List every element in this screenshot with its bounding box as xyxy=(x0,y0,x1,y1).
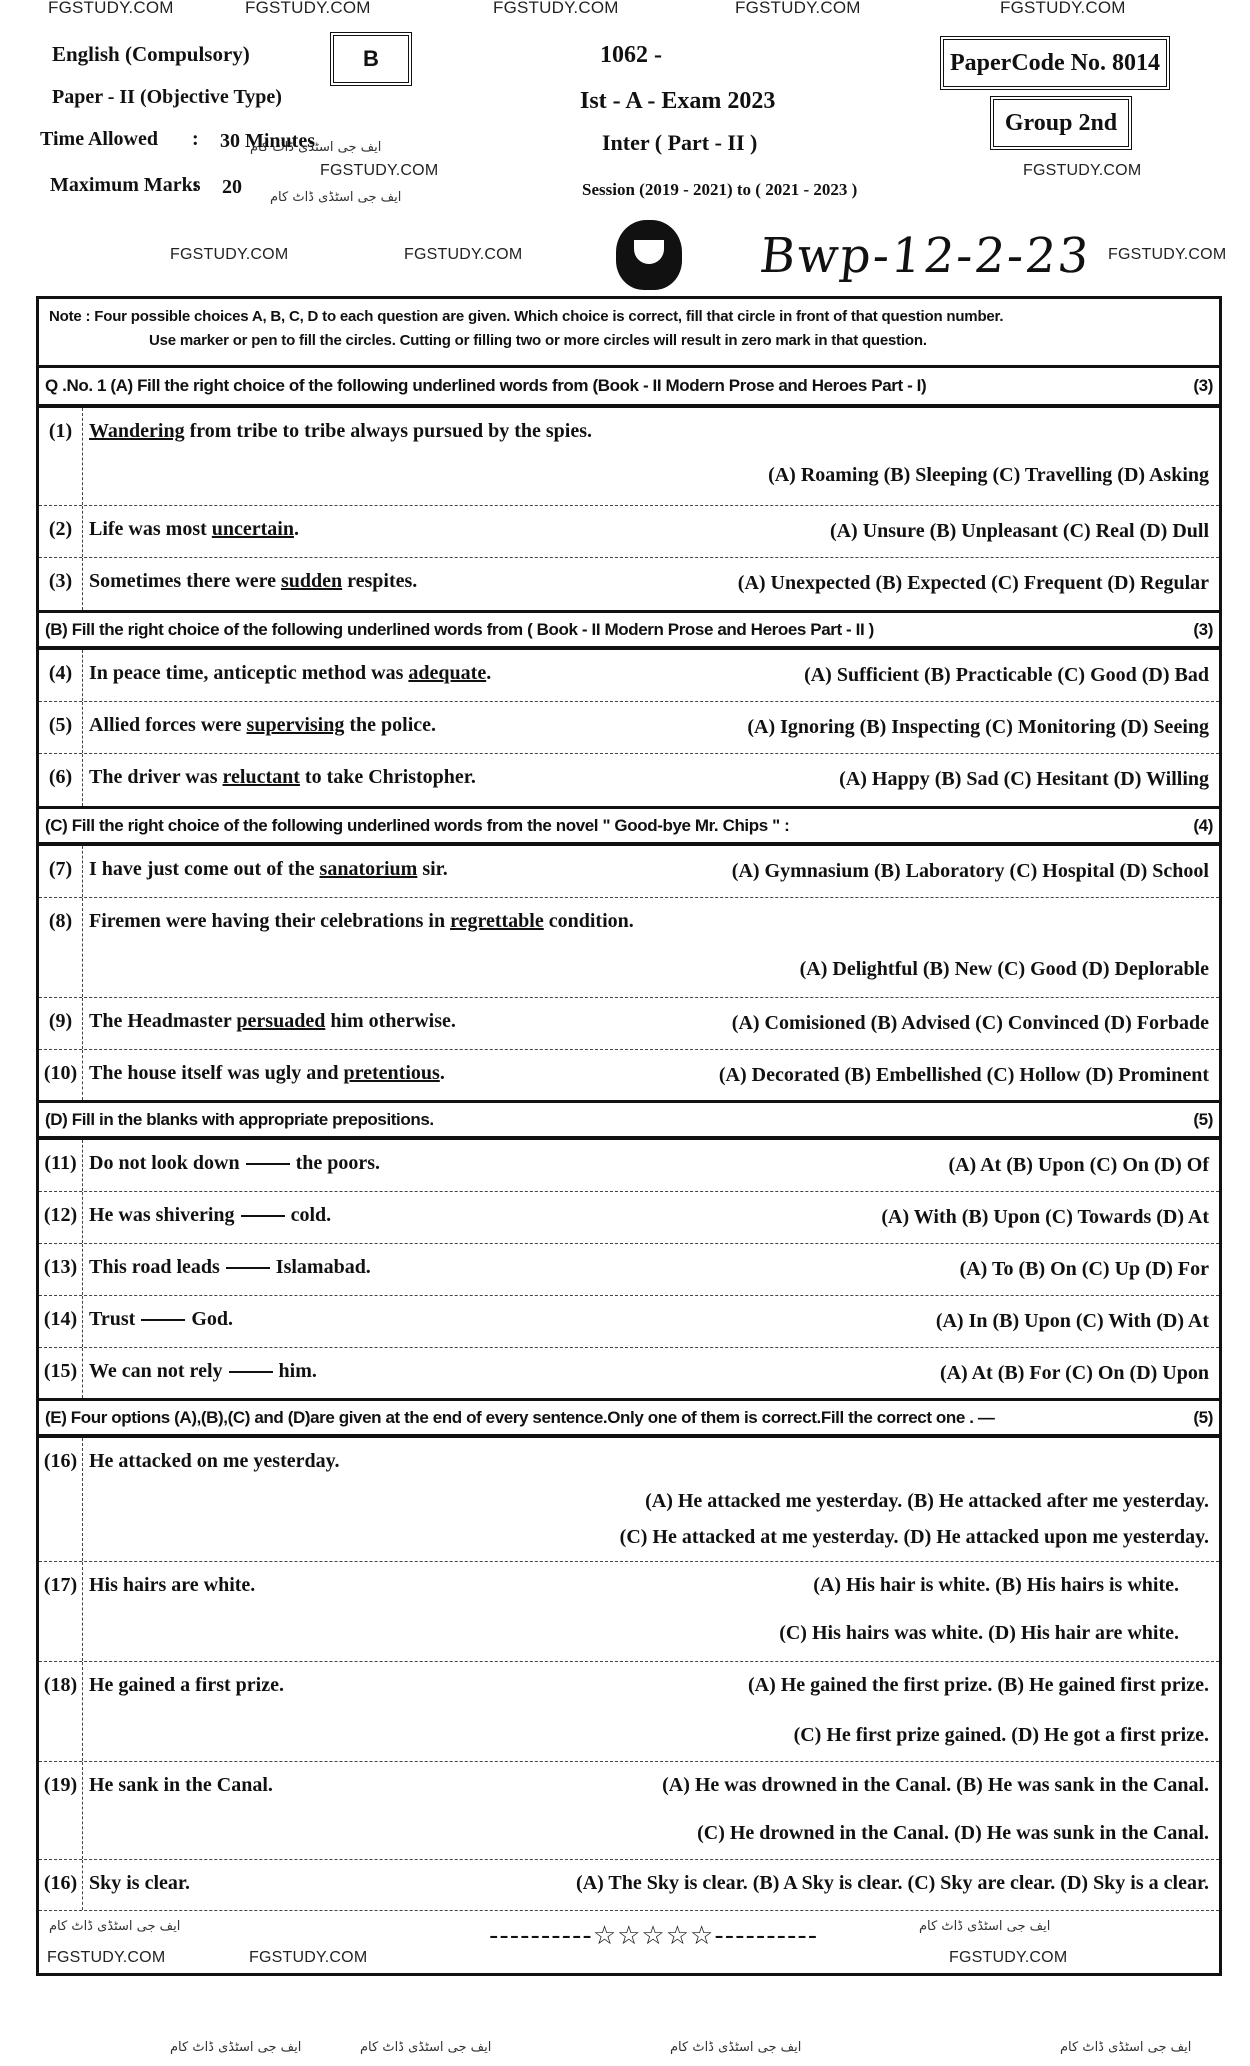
watermark: FGSTUDY.COM xyxy=(249,1949,367,1967)
question-number: (3) xyxy=(39,558,83,610)
blank-line xyxy=(141,1319,185,1321)
blank-line xyxy=(229,1371,273,1373)
question-number: (13) xyxy=(39,1244,83,1295)
watermark: FGSTUDY.COM xyxy=(47,1949,165,1967)
time-allowed-value: 30 Minutes xyxy=(220,130,315,153)
handwritten-note: Bwp-12-2-23 xyxy=(757,228,1093,284)
answer-options-row-2[interactable]: (C) His hairs was white. (D) His hair ar… xyxy=(779,1622,1179,1645)
urdu-watermark: ایف جی اسٹڈی ڈاٹ کام xyxy=(1060,2040,1191,2055)
watermark: FGSTUDY.COM xyxy=(320,162,438,180)
section-marks: (3) xyxy=(1193,620,1213,640)
question-stem: Firemen were having their celebrations i… xyxy=(89,910,634,933)
question-stem: The driver was reluctant to take Christo… xyxy=(89,766,476,789)
underlined-word: Wandering xyxy=(89,420,185,442)
instructions-note: Note : Four possible choices A, B, C, D … xyxy=(39,299,1219,368)
question-stem: TrustGod. xyxy=(89,1308,233,1331)
urdu-watermark: ایف جی اسٹڈی ڈاٹ کام xyxy=(670,2040,801,2055)
question-row[interactable]: (8) Firemen were having their celebratio… xyxy=(39,898,1219,998)
blank-line xyxy=(241,1215,285,1217)
question-row[interactable]: (2) Life was most uncertain. (A) Unsure … xyxy=(39,506,1219,558)
underlined-word: adequate xyxy=(408,662,486,684)
question-row[interactable]: (15) We can not relyhim. (A) At (B) For … xyxy=(39,1348,1219,1398)
subject-title: English (Compulsory) xyxy=(52,42,250,67)
answer-options[interactable]: (A) With (B) Upon (C) Towards (D) At xyxy=(881,1206,1209,1229)
question-row[interactable]: (14) TrustGod. (A) In (B) Upon (C) With … xyxy=(39,1296,1219,1348)
answer-options-row-2[interactable]: (C) He attacked at me yesterday. (D) He … xyxy=(620,1526,1209,1549)
question-row[interactable]: (1) Wandering from tribe to tribe always… xyxy=(39,408,1219,506)
question-number: (16) xyxy=(39,1438,83,1561)
question-stem: Sky is clear. xyxy=(89,1872,190,1895)
question-number: (10) xyxy=(39,1050,83,1100)
section-title: (E) Four options (A),(B),(C) and (D)are … xyxy=(45,1408,995,1428)
session: Session (2019 - 2021) to ( 2021 - 2023 ) xyxy=(582,180,857,200)
watermark: FGSTUDY.COM xyxy=(949,1949,1067,1967)
underlined-word: reluctant xyxy=(223,766,300,788)
level-title: Inter ( Part - II ) xyxy=(602,130,757,156)
answer-options[interactable]: (A) At (B) For (C) On (D) Upon xyxy=(940,1362,1209,1385)
urdu-watermark: ایف جی اسٹڈی ڈاٹ کام xyxy=(919,1919,1050,1934)
question-stem: The house itself was ugly and pretentiou… xyxy=(89,1062,445,1085)
sheet-footer: ----------☆☆☆☆☆---------- FGSTUDY.COM FG… xyxy=(39,1910,1219,1973)
colon: : xyxy=(192,174,199,197)
answer-options-row-1[interactable]: (A) He was drowned in the Canal. (B) He … xyxy=(662,1774,1209,1797)
question-stem: His hairs are white. xyxy=(89,1574,255,1597)
question-number: (16) xyxy=(39,1860,83,1910)
question-number: (5) xyxy=(39,702,83,753)
underlined-word: sudden xyxy=(281,570,342,592)
question-number: (12) xyxy=(39,1192,83,1243)
question-row[interactable]: (7) I have just come out of the sanatori… xyxy=(39,846,1219,898)
question-stem: Do not look downthe poors. xyxy=(89,1152,380,1175)
section-b-questions: (4) In peace time, anticeptic method was… xyxy=(39,650,1219,806)
watermark: FGSTUDY.COM xyxy=(48,0,174,18)
question-row[interactable]: (10) The house itself was ugly and prete… xyxy=(39,1050,1219,1100)
question-stem: Life was most uncertain. xyxy=(89,518,299,541)
max-marks-value: 20 xyxy=(222,176,242,199)
question-number: (19) xyxy=(39,1762,83,1859)
answer-options[interactable]: (A) In (B) Upon (C) With (D) At xyxy=(936,1310,1209,1333)
section-title: (D) Fill in the blanks with appropriate … xyxy=(45,1110,434,1130)
section-c-questions: (7) I have just come out of the sanatori… xyxy=(39,846,1219,1100)
section-heading-a: Q .No. 1 (A) Fill the right choice of th… xyxy=(39,368,1219,408)
group-box: Group 2nd xyxy=(990,96,1132,150)
question-row[interactable]: (5) Allied forces were supervising the p… xyxy=(39,702,1219,754)
question-stem: He was shiveringcold. xyxy=(89,1204,331,1227)
question-stem: Sometimes there were sudden respites. xyxy=(89,570,417,593)
answer-options[interactable]: (A) Unexpected (B) Expected (C) Frequent… xyxy=(738,572,1209,595)
section-heading-e: (E) Four options (A),(B),(C) and (D)are … xyxy=(39,1398,1219,1438)
question-row[interactable]: (11) Do not look downthe poors. (A) At (… xyxy=(39,1140,1219,1192)
section-e-questions: (16) He attacked on me yesterday. (A) He… xyxy=(39,1438,1219,1910)
question-row[interactable]: (13) This road leadsIslamabad. (A) To (B… xyxy=(39,1244,1219,1296)
question-row[interactable]: (9) The Headmaster persuaded him otherwi… xyxy=(39,998,1219,1050)
answer-options[interactable]: (A) Roaming (B) Sleeping (C) Travelling … xyxy=(768,464,1209,487)
star-separator-icon: ----------☆☆☆☆☆---------- xyxy=(489,1921,818,1951)
answer-options[interactable]: (A) At (B) Upon (C) On (D) Of xyxy=(948,1154,1209,1177)
section-title: (B) Fill the right choice of the followi… xyxy=(45,620,874,640)
question-number: (7) xyxy=(39,846,83,897)
answer-options[interactable]: (A) Unsure (B) Unpleasant (C) Real (D) D… xyxy=(830,520,1209,543)
question-stem: He sank in the Canal. xyxy=(89,1774,273,1797)
question-stem: The Headmaster persuaded him otherwise. xyxy=(89,1010,456,1033)
underlined-word: uncertain xyxy=(212,518,294,540)
paper-type: Paper - II (Objective Type) xyxy=(52,86,282,109)
section-heading-d: (D) Fill in the blanks with appropriate … xyxy=(39,1100,1219,1140)
paper-version-box: B xyxy=(330,32,412,86)
section-marks: (4) xyxy=(1193,816,1213,836)
section-heading-c: (C) Fill the right choice of the followi… xyxy=(39,806,1219,846)
question-row[interactable]: (4) In peace time, anticeptic method was… xyxy=(39,650,1219,702)
underlined-word: pretentious xyxy=(344,1062,440,1084)
question-number: (1) xyxy=(39,408,83,505)
watermark: FGSTUDY.COM xyxy=(1108,246,1226,264)
answer-options[interactable]: (A) To (B) On (C) Up (D) For xyxy=(960,1258,1209,1281)
question-stem: Allied forces were supervising the polic… xyxy=(89,714,436,737)
question-row[interactable]: (17) His hairs are white. (A) His hair i… xyxy=(39,1562,1219,1662)
section-marks: (3) xyxy=(1193,376,1213,396)
question-number: (9) xyxy=(39,998,83,1049)
urdu-watermark: ایف جی اسٹڈی ڈاٹ کام xyxy=(170,2040,301,2055)
watermark: FGSTUDY.COM xyxy=(735,0,861,18)
underlined-word: regrettable xyxy=(450,910,544,932)
question-row[interactable]: (3) Sometimes there were sudden respites… xyxy=(39,558,1219,610)
section-title: (C) Fill the right choice of the followi… xyxy=(45,816,789,836)
question-row[interactable]: (6) The driver was reluctant to take Chr… xyxy=(39,754,1219,806)
paper-number: 1062 - xyxy=(600,42,662,69)
question-number: (11) xyxy=(39,1140,83,1191)
answer-options-row-1[interactable]: (A) He attacked me yesterday. (B) He att… xyxy=(645,1490,1209,1513)
underlined-word: sanatorium xyxy=(320,858,418,880)
underlined-word: persuaded xyxy=(236,1010,325,1032)
question-number: (17) xyxy=(39,1562,83,1661)
answer-options[interactable]: (A) Comisioned (B) Advised (C) Convinced… xyxy=(732,1012,1209,1035)
watermark: FGSTUDY.COM xyxy=(404,246,522,264)
answer-options[interactable]: (A) Happy (B) Sad (C) Hesitant (D) Willi… xyxy=(839,768,1209,791)
question-stem: This road leadsIslamabad. xyxy=(89,1256,371,1279)
watermark: FGSTUDY.COM xyxy=(1023,162,1141,180)
answer-options[interactable]: (A) The Sky is clear. (B) A Sky is clear… xyxy=(576,1872,1209,1895)
question-number: (14) xyxy=(39,1296,83,1347)
watermark: FGSTUDY.COM xyxy=(1000,0,1126,18)
urdu-watermark: ایف جی اسٹڈی ڈاٹ کام xyxy=(49,1919,180,1934)
question-stem: I have just come out of the sanatorium s… xyxy=(89,858,448,881)
urdu-watermark: ایف جی اسٹڈی ڈاٹ کام xyxy=(360,2040,491,2055)
question-row[interactable]: (16) Sky is clear. (A) The Sky is clear.… xyxy=(39,1860,1219,1910)
board-logo-icon xyxy=(616,220,682,290)
section-marks: (5) xyxy=(1193,1110,1213,1130)
blank-line xyxy=(246,1163,290,1165)
answer-options-row-1[interactable]: (A) He gained the first prize. (B) He ga… xyxy=(748,1674,1209,1697)
question-number: (15) xyxy=(39,1348,83,1398)
time-allowed-label: Time Allowed xyxy=(40,128,158,151)
question-row[interactable]: (19) He sank in the Canal. (A) He was dr… xyxy=(39,1762,1219,1860)
question-number: (2) xyxy=(39,506,83,557)
blank-line xyxy=(226,1267,270,1269)
watermark: FGSTUDY.COM xyxy=(245,0,371,18)
answer-options-row-1[interactable]: (A) His hair is white. (B) His hairs is … xyxy=(813,1574,1179,1597)
section-a-questions: (1) Wandering from tribe to tribe always… xyxy=(39,408,1219,610)
note-line-2: Use marker or pen to fill the circles. C… xyxy=(49,329,1209,353)
answer-options[interactable]: (A) Sufficient (B) Practicable (C) Good … xyxy=(804,664,1209,687)
question-number: (8) xyxy=(39,898,83,997)
question-stem: He attacked on me yesterday. xyxy=(89,1450,340,1473)
colon: : xyxy=(192,128,199,151)
watermark: FGSTUDY.COM xyxy=(170,246,288,264)
paper-code-box: PaperCode No. 8014 xyxy=(940,36,1170,90)
question-number: (6) xyxy=(39,754,83,806)
answer-options[interactable]: (A) Delightful (B) New (C) Good (D) Depl… xyxy=(800,958,1209,981)
answer-options-row-2[interactable]: (C) He first prize gained. (D) He got a … xyxy=(794,1724,1209,1747)
question-row[interactable]: (12) He was shiveringcold. (A) With (B) … xyxy=(39,1192,1219,1244)
question-stem: Wandering from tribe to tribe always pur… xyxy=(89,420,592,443)
answer-options[interactable]: (A) Ignoring (B) Inspecting (C) Monitori… xyxy=(747,716,1209,739)
question-stem: We can not relyhim. xyxy=(89,1360,317,1383)
section-marks: (5) xyxy=(1193,1408,1213,1428)
answer-options-row-2[interactable]: (C) He drowned in the Canal. (D) He was … xyxy=(697,1822,1209,1845)
urdu-watermark: ایف جی اسٹڈی ڈاٹ کام xyxy=(270,190,401,205)
question-sheet: Note : Four possible choices A, B, C, D … xyxy=(36,296,1222,1976)
max-marks-label: Maximum Marks xyxy=(50,174,201,197)
section-d-questions: (11) Do not look downthe poors. (A) At (… xyxy=(39,1140,1219,1398)
question-stem: In peace time, anticeptic method was ade… xyxy=(89,662,491,685)
section-heading-b: (B) Fill the right choice of the followi… xyxy=(39,610,1219,650)
question-number: (18) xyxy=(39,1662,83,1761)
watermark: FGSTUDY.COM xyxy=(493,0,619,18)
note-line-1: Note : Four possible choices A, B, C, D … xyxy=(49,305,1209,329)
question-number: (4) xyxy=(39,650,83,701)
answer-options[interactable]: (A) Gymnasium (B) Laboratory (C) Hospita… xyxy=(732,860,1209,883)
question-stem: He gained a first prize. xyxy=(89,1674,284,1697)
question-row[interactable]: (18) He gained a first prize. (A) He gai… xyxy=(39,1662,1219,1762)
question-row[interactable]: (16) He attacked on me yesterday. (A) He… xyxy=(39,1438,1219,1562)
underlined-word: supervising xyxy=(247,714,345,736)
answer-options[interactable]: (A) Decorated (B) Embellished (C) Hollow… xyxy=(719,1064,1209,1087)
exam-title: Ist - A - Exam 2023 xyxy=(580,88,775,115)
section-title: Q .No. 1 (A) Fill the right choice of th… xyxy=(45,376,926,396)
